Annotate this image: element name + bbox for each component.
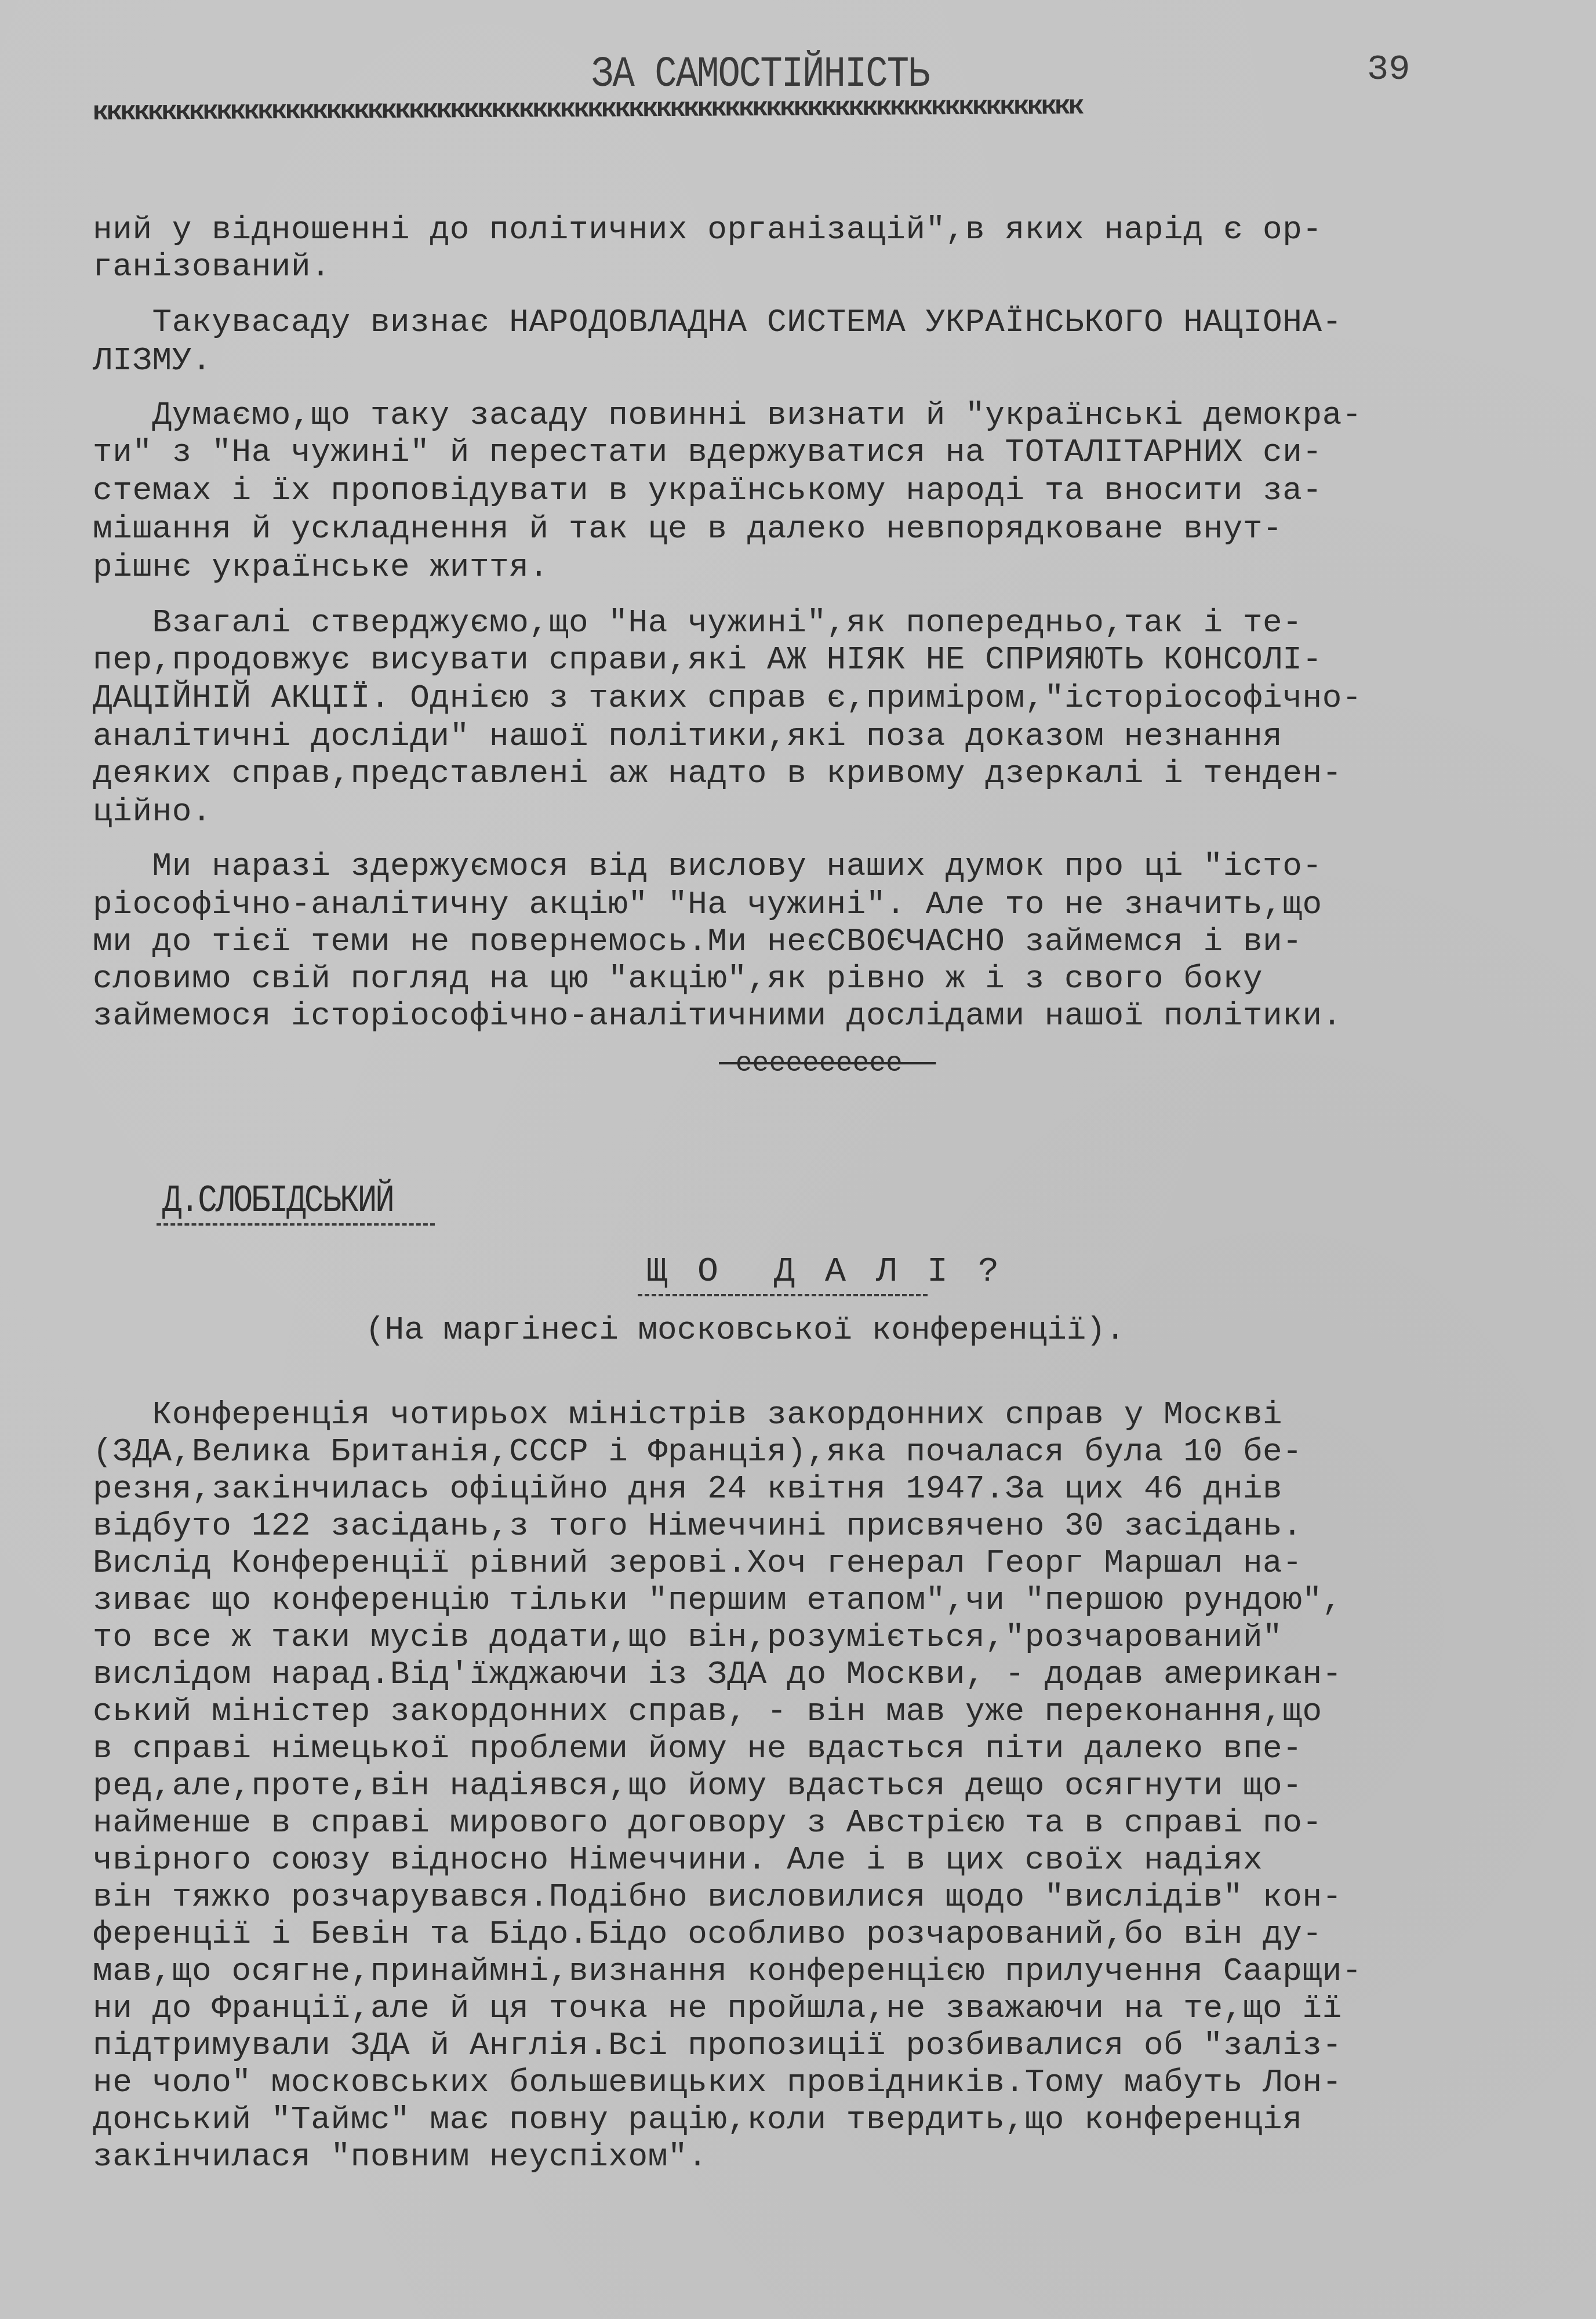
text-line: ференції і Бевін та Бідо.Бідо особливо р…	[93, 1918, 1322, 1950]
text-line: то все ж таки мусів додати,що він,розумі…	[93, 1621, 1282, 1653]
typed-rule-divider: кккккккккккккккккккккккккккккккккккккккк…	[93, 89, 1484, 128]
text-line: підтримували ЗДА й Англія.Всі пропозиції…	[93, 2029, 1342, 2062]
article-subtitle: (На маргінесі московської конференції).	[365, 1311, 1125, 1348]
text-line: деяких справ,представлені аж надто в кри…	[93, 757, 1342, 790]
text-line: він тяжко розчарувався.Подібно висловили…	[93, 1881, 1342, 1913]
title-underline	[638, 1294, 928, 1296]
text-line: словимо свій погляд на цю "акцію",як рів…	[93, 962, 1263, 995]
text-line: відбуто 122 засідань,з того Німеччині пр…	[93, 1510, 1303, 1542]
text-line: аналітичні досліди" нашої політики,які п…	[93, 720, 1282, 753]
text-line: ЛІЗМУ.	[93, 344, 212, 377]
text-line: ний у відношенні до політичних організац…	[93, 213, 1322, 246]
text-line: вислідом нарад.Від'їжджаючи із ЗДА до Мо…	[93, 1658, 1342, 1691]
text-line: донський "Таймс" має повну рацію,коли тв…	[93, 2103, 1303, 2136]
text-line: Ми наразі здержуємося від вислову наших …	[93, 850, 1322, 882]
text-line: займемося історіософічно-аналітичними до…	[93, 999, 1342, 1032]
text-line: ред,але,проте,він надіявся,що йому вдаст…	[93, 1769, 1303, 1802]
text-line: найменше в справі мирового договору з Ав…	[93, 1807, 1322, 1839]
text-line: ДАЦІЙНІЙ АКЦІЇ. Однією з таких справ є,п…	[93, 682, 1362, 714]
article-title: Щ О Д А Л І ?	[646, 1252, 1004, 1292]
text-line: чвірного союзу відносно Німеччини. Але і…	[93, 1844, 1263, 1876]
text-line: зиває що конференцію тільки "першим етап…	[93, 1584, 1342, 1616]
text-line: рішнє українське життя.	[93, 551, 549, 583]
text-line: закінчилася "повним неуспіхом".	[93, 2140, 707, 2173]
text-line: Вислід Конференції рівний зерові.Хоч ген…	[93, 1547, 1303, 1579]
text-line: (ЗДА,Велика Британія,СССР і Франція),яка…	[93, 1435, 1303, 1468]
document-page: ЗА САМОСТІЙНІСТЬ 39 кккккккккккккккккккк…	[0, 0, 1596, 2319]
text-line: Думаємо,що таку засаду повинні визнати й…	[93, 399, 1362, 431]
text-line: ти" з "На чужині" й перестати вдержувати…	[93, 436, 1322, 468]
text-line: Взагалі стверджуємо,що "На чужині",як по…	[93, 606, 1303, 639]
text-line: ми до тієї теми не повернемось.Ми неєСВО…	[93, 925, 1303, 958]
text-line: Конференція чотирьох міністрів закордонн…	[93, 1398, 1282, 1431]
text-line: мішання й ускладнення й так це в далеко …	[93, 512, 1282, 545]
text-line: ріософічно-аналітичну акцію" "На чужині"…	[93, 888, 1322, 921]
text-line: не чоло" московських большевицьких прові…	[93, 2066, 1342, 2099]
text-line: ганізований.	[93, 250, 330, 283]
text-line: резня,закінчилась офіційно дня 24 квітня…	[93, 1473, 1282, 1505]
author-underline	[157, 1223, 435, 1226]
text-line: Такувасаду визнає НАРОДОВЛАДНА СИСТЕМА У…	[93, 306, 1342, 339]
text-line: мав,що осягне,принаймні,визнання конфере…	[93, 1955, 1362, 1987]
text-line: пер,продовжує висувати справи,які АЖ НІЯ…	[93, 644, 1322, 676]
text-line: стемах і їх проповідувати в українському…	[93, 474, 1322, 507]
text-line: ни до Франції,але й ця точка не пройшла,…	[93, 1992, 1342, 2024]
article-author: Д.СЛОБІДСЬКИЙ	[162, 1179, 393, 1223]
running-header-title: ЗА САМОСТІЙНІСТЬ	[591, 51, 929, 99]
text-line: ський міністер закордонних справ, - він …	[93, 1695, 1322, 1728]
text-line: ційно.	[93, 795, 212, 828]
page-number: 39	[1367, 49, 1410, 90]
section-separator: -ееееееееее--	[719, 1048, 936, 1079]
text-line: в справі німецької проблеми йому не вдас…	[93, 1732, 1303, 1765]
